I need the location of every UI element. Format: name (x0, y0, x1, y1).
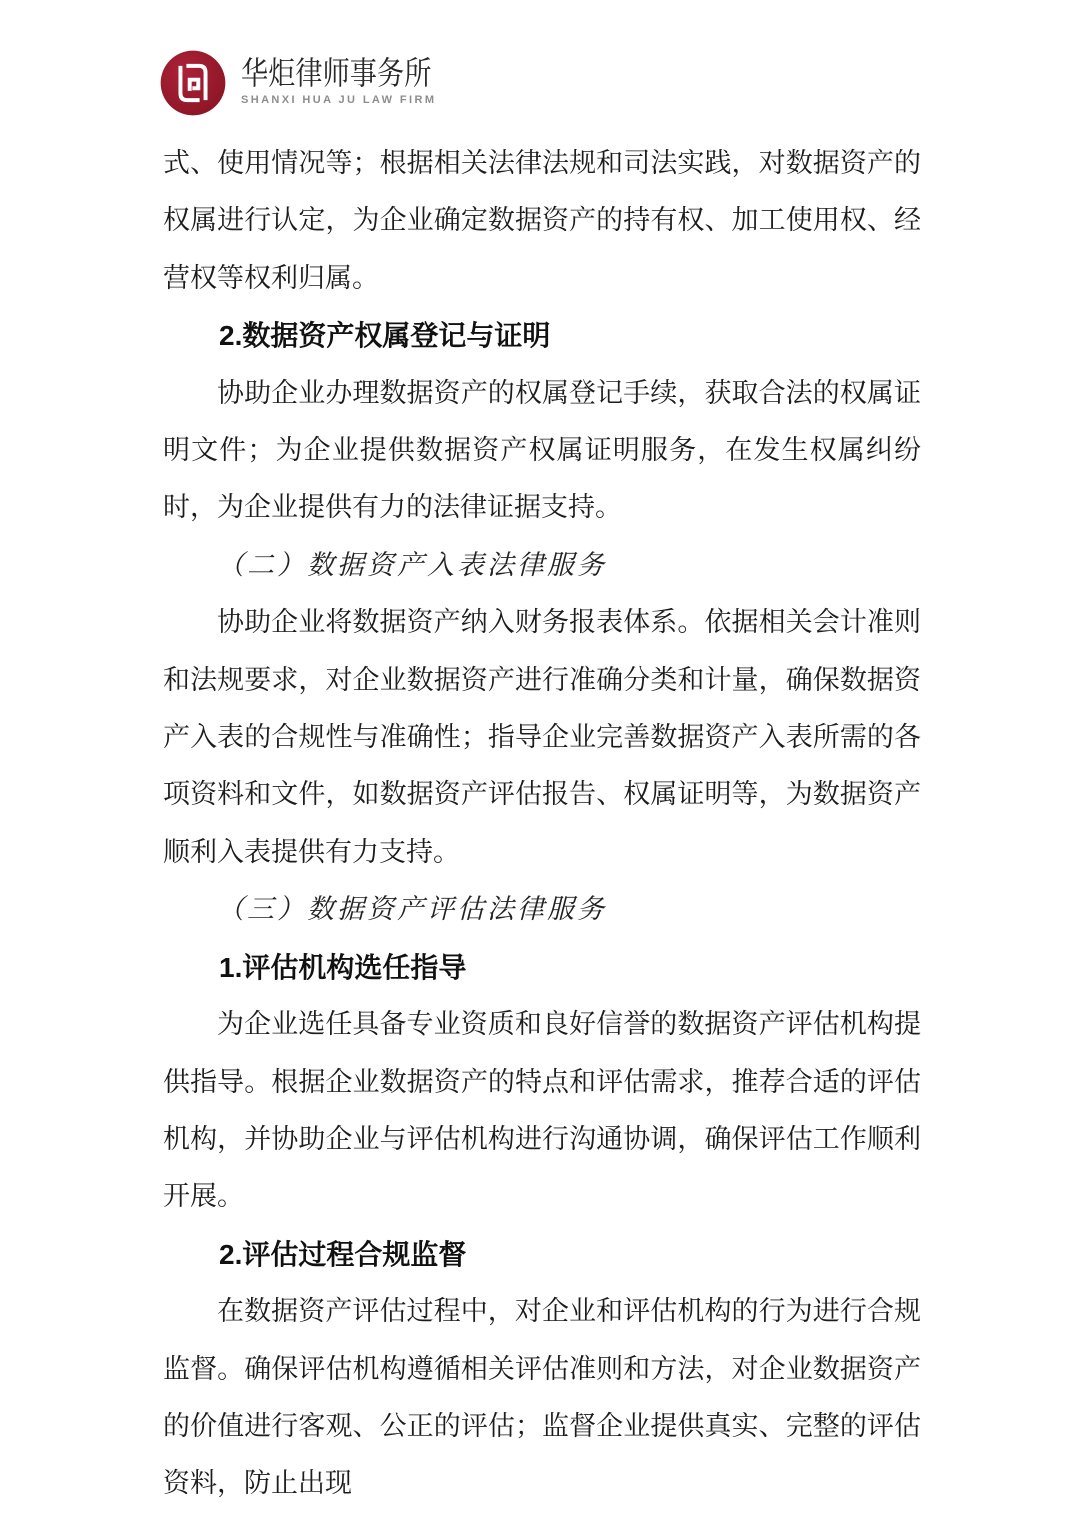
firm-name-en: SHANXI HUA JU LAW FIRM (241, 94, 465, 106)
section-heading-balance-sheet-service: （二）数据资产入表法律服务 (163, 537, 921, 594)
law-firm-logo: 华炬律师事务所 SHANXI HUA JU LAW FIRM (160, 50, 465, 116)
firm-name-cn: 华炬律师事务所 (241, 56, 431, 91)
subheading-ownership-registration: 2.数据资产权属登记与证明 (163, 307, 921, 364)
paragraph: 在数据资产评估过程中，对企业和评估机构的行为进行合规监督。确保评估机构遵循相关评… (163, 1283, 921, 1513)
section-heading-valuation-service: （三）数据资产评估法律服务 (163, 881, 921, 938)
logo-text-block: 华炬律师事务所 SHANXI HUA JU LAW FIRM (241, 50, 465, 106)
paragraph: 为企业选任具备专业资质和良好信誉的数据资产评估机构提供指导。根据企业数据资产的特… (163, 996, 921, 1226)
subheading-process-supervision: 2.评估过程合规监督 (163, 1226, 921, 1283)
document-body: 式、使用情况等；根据相关法律法规和司法实践，对数据资产的权属进行认定，为企业确定… (163, 135, 921, 1513)
paragraph-continued: 式、使用情况等；根据相关法律法规和司法实践，对数据资产的权属进行认定，为企业确定… (163, 135, 921, 307)
paragraph: 协助企业办理数据资产的权属登记手续，获取合法的权属证明文件；为企业提供数据资产权… (163, 365, 921, 537)
subheading-agency-selection: 1.评估机构选任指导 (163, 939, 921, 996)
paragraph: 协助企业将数据资产纳入财务报表体系。依据相关会计准则和法规要求，对企业数据资产进… (163, 594, 921, 881)
document-page: 华炬律师事务所 SHANXI HUA JU LAW FIRM 式、使用情况等；根… (0, 0, 1080, 1527)
logo-monogram-icon (160, 50, 226, 116)
